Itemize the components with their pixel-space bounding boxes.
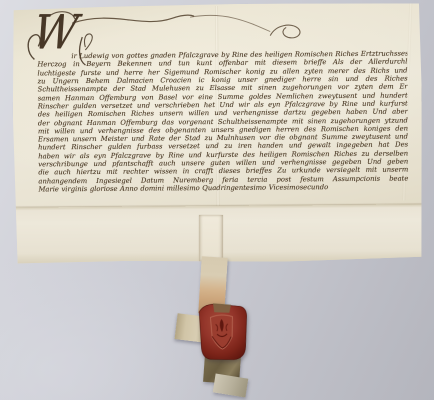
- charter-document: W ir Ludewig von gottes gnaden Pfalczgra…: [12, 2, 423, 263]
- charter-text-block: ir Ludewig von gottes gnaden Pfalczgrave…: [37, 50, 408, 194]
- photograph-background: W ir Ludewig von gottes gnaden Pfalczgra…: [0, 0, 434, 400]
- seal-lower-strip-light: [213, 374, 249, 398]
- charter-text-line: Marie virginis gloriose Anno domini mill…: [38, 183, 408, 194]
- wax-seal: [195, 301, 250, 364]
- seal-shield-icon: [195, 301, 250, 364]
- plica-fold: [14, 204, 423, 263]
- seal-tag-through-slit: [199, 215, 223, 262]
- initial-letter: W: [30, 9, 81, 56]
